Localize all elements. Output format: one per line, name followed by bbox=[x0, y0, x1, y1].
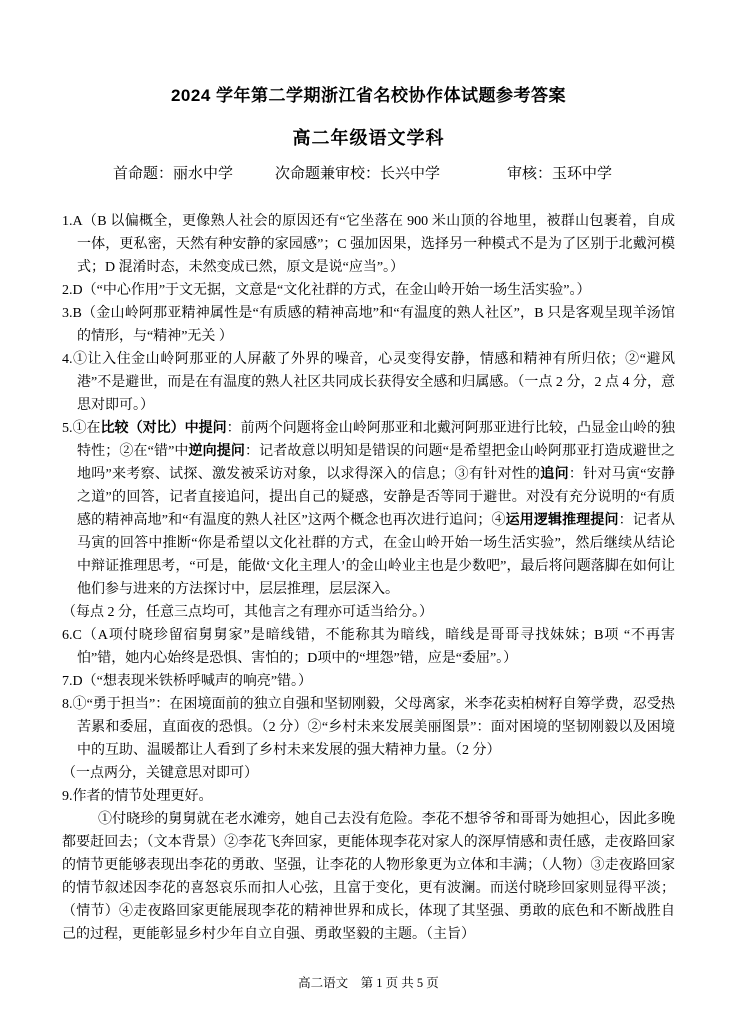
subject-title: 高二年级语文学科 bbox=[62, 126, 675, 150]
answer-item-4: 4.①让入住金山岭阿那亚的人屏蔽了外界的噪音，心灵变得安静，情感和精神有所归依；… bbox=[62, 348, 675, 417]
answer-item-5-scoring-note: （每点 2 分，任意三点均可，其他言之有理亦可适当给分。） bbox=[62, 601, 675, 624]
answer-5-keyword: 逆向提问 bbox=[189, 444, 246, 459]
answer-item-7: 7.D（“想表现米铁桥呼喊声的响亮”错。） bbox=[62, 670, 675, 693]
answer-5-keyword: 比较（对比）中提问 bbox=[101, 421, 227, 436]
page-title: 2024 学年第二学期浙江省名校协作体试题参考答案 bbox=[62, 84, 675, 108]
answer-item-9-body: ①付晓珍的舅舅就在老水滩旁，她自己去没有危险。李花不想爷爷和哥哥为她担心，因此多… bbox=[62, 808, 675, 946]
answer-item-5: 5.①在比较（对比）中提问：前两个问题将金山岭阿那亚和北戴河阿那亚进行比较，凸显… bbox=[62, 417, 675, 601]
answer-5-keyword: 运用逻辑推理提问 bbox=[506, 513, 619, 528]
page-number-label: 高二语文 第 1 页 共 5 页 bbox=[298, 976, 439, 990]
answer-5-segment: 5.①在 bbox=[62, 421, 101, 436]
answer-item-6: 6.C（A项付晓珍留宿舅舅家”是暗线错，不能称其为暗线，暗线是哥哥寻找妹妹；B项… bbox=[62, 624, 675, 670]
answer-sheet-page: 2024 学年第二学期浙江省名校协作体试题参考答案 高二年级语文学科 首命题：丽… bbox=[0, 0, 745, 1032]
reviewer-school: 审核：玉环中学 bbox=[507, 164, 612, 184]
answer-item-2: 2.D（“中心作用”于文无据，文意是“文化社群的方式，在金山岭开始一场生活实验”… bbox=[62, 279, 675, 302]
first-setter-school: 首命题：丽水中学 bbox=[113, 164, 233, 184]
second-setter-school: 次命题兼审校：长兴中学 bbox=[275, 164, 440, 184]
answer-list: 1.A（B 以偏概全，更像熟人社会的原因还有“它坐落在 900 米山顶的谷地里，… bbox=[62, 210, 675, 946]
answer-item-1: 1.A（B 以偏概全，更像熟人社会的原因还有“它坐落在 900 米山顶的谷地里，… bbox=[62, 210, 675, 279]
answer-item-3: 3.B（金山岭阿那亚精神属性是“有质感的精神高地”和“有温度的熟人社区”，B 只… bbox=[62, 302, 675, 348]
page-footer: 高二语文 第 1 页 共 5 页 bbox=[62, 974, 675, 992]
answer-5-keyword: 追问 bbox=[540, 467, 569, 482]
answer-item-8: 8.①“勇于担当”：在困境面前的独立自强和坚韧刚毅，父母离家，米李花卖柏树籽自筹… bbox=[62, 693, 675, 762]
answer-item-8-scoring-note: （一点两分，关键意思对即可） bbox=[62, 762, 675, 785]
byline: 首命题：丽水中学 次命题兼审校：长兴中学 审核：玉环中学 bbox=[62, 164, 675, 184]
answer-item-9-lead: 9.作者的情节处理更好。 bbox=[62, 785, 675, 808]
